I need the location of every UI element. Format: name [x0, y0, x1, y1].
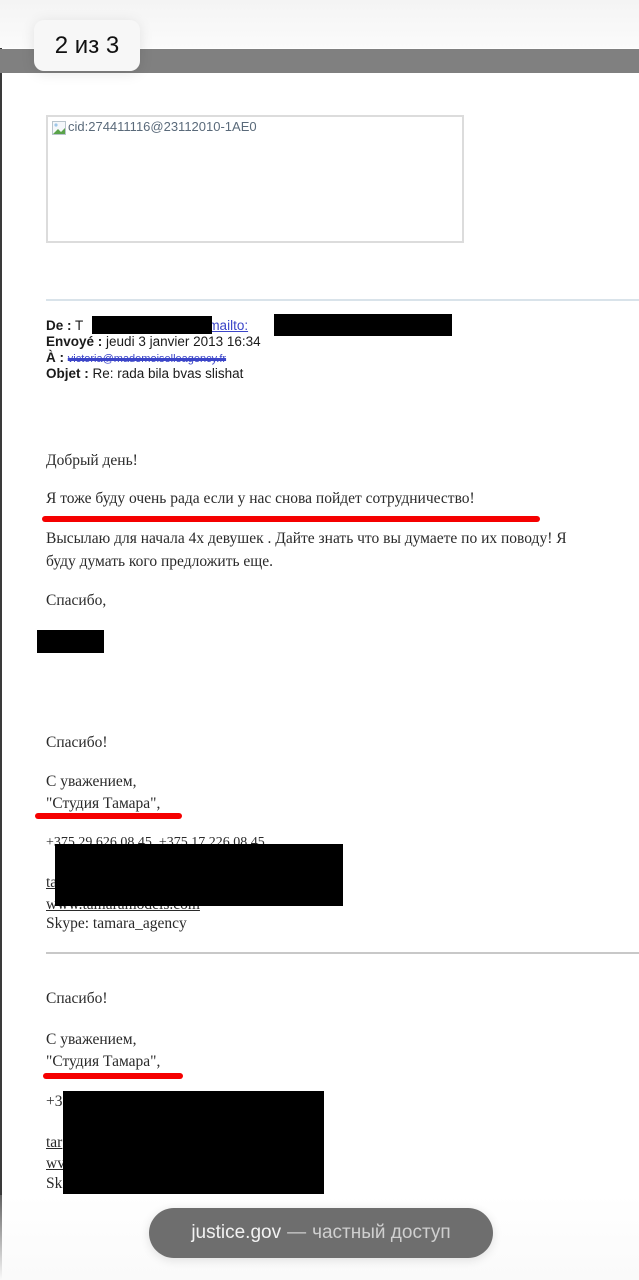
sig1-thanks: Спасибо!	[46, 734, 108, 752]
sig1-studio: "Студия Тамара",	[46, 795, 160, 813]
highlighted-line: Я тоже буду очень рада если у нас снова …	[46, 490, 475, 508]
subject-label: Objet :	[46, 366, 89, 381]
red-underline-3	[43, 1073, 183, 1079]
from-row: De : Ta [mailto:]	[46, 318, 432, 334]
image-placeholder: cid:274411116@23112010-1AE0	[46, 115, 464, 243]
sent-value: jeudi 3 janvier 2013 16:34	[106, 334, 261, 349]
redacted-contacts-1	[55, 844, 343, 906]
redacted-contacts-2	[63, 1091, 324, 1194]
access-domain: justice.gov	[191, 1222, 281, 1244]
redacted-sender-email	[274, 314, 452, 336]
sig2-email-link[interactable]: tar	[46, 1134, 62, 1152]
subject-row: Objet : Re: rada bila bvas slishat	[46, 366, 432, 382]
screen-edge	[0, 0, 2, 1280]
image-alt-text: cid:274411116@23112010-1AE0	[68, 119, 257, 134]
access-separator: —	[287, 1222, 306, 1244]
sig2-thanks: Спасибо!	[46, 990, 108, 1008]
red-underline-1	[42, 516, 540, 522]
sent-row: Envoyé : jeudi 3 janvier 2013 16:34	[46, 334, 432, 350]
access-label: частный доступ	[312, 1222, 451, 1244]
to-label: À :	[46, 350, 64, 365]
from-label: De :	[46, 318, 72, 333]
redacted-signature-name	[37, 630, 104, 653]
email-header: De : Ta [mailto:] Envoyé : jeudi 3 janvi…	[46, 318, 432, 382]
to-row: À : victoria@mademoiselleagency.fr	[46, 350, 432, 366]
subject-value: Re: rada bila bvas slishat	[93, 366, 244, 381]
broken-image-icon	[52, 121, 66, 135]
sig2-studio: "Студия Тамара",	[46, 1053, 160, 1071]
body-line-3: буду думать кого предложить еще.	[46, 553, 273, 571]
sig2-regards: С уважением,	[46, 1031, 137, 1049]
sig2-skype: Sk	[46, 1175, 62, 1193]
sig2-phones: +3	[46, 1093, 63, 1111]
sent-label: Envoyé :	[46, 334, 102, 349]
sig1-skype: Skype: tamara_agency	[46, 915, 187, 933]
red-underline-2	[35, 813, 182, 819]
from-start: T	[75, 318, 83, 333]
greeting: Добрый день!	[46, 452, 138, 470]
sig1-regards: С уважением,	[46, 773, 137, 791]
page-counter: 2 из 3	[34, 20, 140, 71]
body-line-2: Высылаю для начала 4х девушек . Дайте зн…	[46, 530, 567, 548]
to-value-struck: victoria@mademoiselleagency.fr	[68, 353, 226, 365]
private-access-indicator[interactable]: justice.gov — частный доступ	[149, 1208, 493, 1258]
header-separator	[46, 299, 639, 301]
message-separator	[46, 952, 639, 954]
closing: Спасибо,	[46, 592, 106, 610]
redacted-sender-name	[92, 316, 212, 334]
